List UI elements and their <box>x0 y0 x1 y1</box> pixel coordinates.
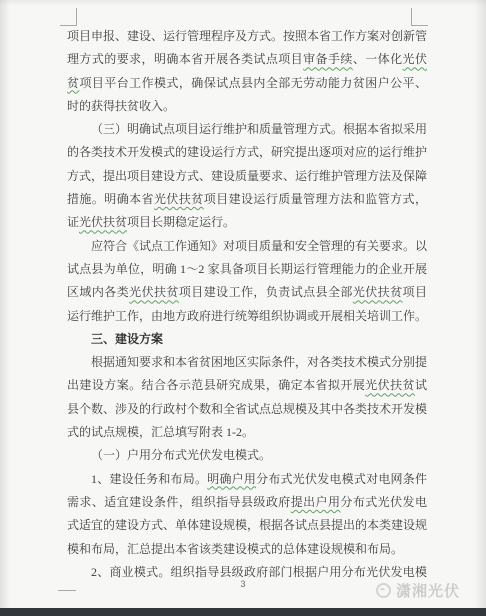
grammar-flagged-text: 光伏扶贫 <box>79 215 127 229</box>
text-segment: 区域内各类 <box>67 285 129 299</box>
grammar-flagged-text: 光伏扶贫 <box>365 378 415 392</box>
watermark-logo-icon <box>376 583 391 598</box>
document-line: 区域内各类光伏扶贫项目建设工作，负责试点县全部光伏扶贫项目的 <box>67 281 427 304</box>
document-line: （三）明确试点项目运行维护和质量管理方式。根据本省拟采用 <box>67 118 427 141</box>
text-segment: 2、商业模式。组织指导县级政府部门根据户用分布光伏发电模 <box>91 565 427 579</box>
document-line: 证光伏扶贫项目长期稳定运行。 <box>67 211 427 234</box>
document-line: 时的获得扶贫收入。 <box>67 95 427 118</box>
document-line: 措施。明确本省光伏扶贫项目建设运行质量管理方法和监管方式，保 <box>67 188 427 211</box>
text-segment: 县个数、涉及的行政村个数和全省试点总规模及其中各类技术开发模 <box>67 402 427 416</box>
document-line: 需求、适宜建设条件，组织指导县级政府提出户用分布式光伏发电模 <box>67 491 427 514</box>
text-segment: （一）户用分布式光伏发电模式。 <box>91 448 271 462</box>
margin-crop-mark-top-left <box>60 8 77 26</box>
text-segment: 分布式光伏发电模式对电网条件 <box>256 472 427 486</box>
watermark-label: 潇湘光伏 <box>396 580 460 601</box>
document-line: 根据通知要求和本省贫困地区实际条件，对各类技术模式分别提 <box>67 351 427 374</box>
document-line: 模和布局，汇总提出本省该类建设模式的总体建设规模和布局。 <box>67 538 427 561</box>
grammar-flagged-text: 光伏扶贫 <box>129 285 179 299</box>
document-line: 应符合《试点工作通知》对项目质量和安全管理的有关要求。以 <box>67 235 427 258</box>
text-segment: 式适宜的建设方式、单体建设规模，根据各试点县提出的本类建设规 <box>67 518 427 532</box>
text-segment: 理方式的要求，明确本省开展各类试点项目 <box>67 52 303 66</box>
document-line: 方式，提出项目建设方式、建设质量要求、运行维护管理方法及保障 <box>67 165 427 188</box>
document-line: 式的试点规模，汇总填写附表 1-2。 <box>67 421 427 444</box>
document-line: 出建设方案。结合各示范县研究成果，确定本省拟开展光伏扶贫试点 <box>67 374 427 397</box>
grammar-flagged-text: 贫 <box>67 76 79 90</box>
text-segment: 根据通知要求和本省贫困地区实际条件，对各类技术模式分别提 <box>91 355 427 369</box>
document-line: 项目申报、建设、运行管理程序及方式。按照本省工作方案对创新管 <box>67 25 427 48</box>
document-line: 运行维护工作，由地方政府进行统筹组织协调或开展相关培训工作。 <box>67 305 427 328</box>
text-segment: 1、建设任务和布局。 <box>91 472 207 486</box>
text-segment: （三）明确试点项目运行维护和质量管理方式。根据本省拟采用 <box>91 122 427 136</box>
margin-crop-mark-bottom-left <box>58 590 76 591</box>
section-heading-line: 三、建设方案 <box>67 328 427 351</box>
text-segment: 试点县为单位，明确 1～2 家具备项目长期运行管理能力的企业开展 <box>67 262 427 276</box>
document-line: （一）户用分布式光伏发电模式。 <box>67 444 427 467</box>
text-segment: 、一体化 <box>353 52 403 66</box>
document-line: 贫项目平台工作模式，确保试点县内全部无劳动能力贫困户公平、及 <box>67 72 427 95</box>
grammar-flagged-text: 光伏扶贫 <box>154 192 204 206</box>
text-segment: 运行维护工作，由地方政府进行统筹组织协调或开展相关培训工作。 <box>67 309 427 323</box>
grammar-flagged-text: 明确户用 <box>207 472 256 486</box>
watermark: 潇湘光伏 <box>376 580 460 601</box>
document-line: 县个数、涉及的行政村个数和全省试点总规模及其中各类技术开发模 <box>67 398 427 421</box>
grammar-flagged-text: 提出户用 <box>291 495 341 509</box>
text-segment: 证 <box>67 215 79 229</box>
text-segment: 三、建设方案 <box>91 332 163 346</box>
text-segment: 的各类技术开发模式的建设运行方式，研究提出逐项对应的运行维护 <box>67 145 427 159</box>
document-line: 理方式的要求，明确本省开展各类试点项目审备手续、一体化光伏扶 <box>67 48 427 71</box>
grammar-flagged-text: 光伏扶贫 <box>353 285 403 299</box>
text-segment: 应符合《试点工作通知》对项目质量和安全管理的有关要求。以 <box>91 239 427 253</box>
text-block: 项目申报、建设、运行管理程序及方式。按照本省工作方案对创新管理方式的要求，明确本… <box>67 25 427 584</box>
text-segment: 项目申报、建设、运行管理程序及方式。按照本省工作方案对创新管 <box>67 29 427 43</box>
text-segment: 项目平台工作模式，确保试点县内全部无劳动能力贫困户公平、及 <box>67 76 427 95</box>
document-line: 式适宜的建设方式、单体建设规模，根据各试点县提出的本类建设规 <box>67 514 427 537</box>
text-segment: 模和布局，汇总提出本省该类建设模式的总体建设规模和布局。 <box>67 542 403 556</box>
text-segment: 需求、适宜建设条件，组织指导县级政府 <box>67 495 291 509</box>
text-segment: 措施。明确本省 <box>67 192 154 206</box>
document-line: 1、建设任务和布局。明确户用分布式光伏发电模式对电网条件 <box>67 468 427 491</box>
text-segment: 出建设方案。结合各示范县研究成果，确定本省拟开展 <box>67 378 365 392</box>
text-segment: 项目建设工作，负责试点县全部 <box>179 285 353 299</box>
margin-crop-mark-top-right <box>411 8 428 26</box>
text-segment: 式的试点规模，汇总填写附表 1-2。 <box>67 425 254 439</box>
document-line: 的各类技术开发模式的建设运行方式，研究提出逐项对应的运行维护 <box>67 141 427 164</box>
text-segment: 时的获得扶贫收入。 <box>67 99 175 113</box>
grammar-flagged-text: 审备手续 <box>303 52 353 66</box>
photo-bottom-edge <box>0 608 486 616</box>
text-segment: 方式，提出项目建设方式、建设质量要求、运行维护管理方法及保障 <box>67 169 427 183</box>
document-line: 试点县为单位，明确 1～2 家具备项目长期运行管理能力的企业开展 <box>67 258 427 281</box>
text-segment: 项目长期稳定运行。 <box>127 215 235 229</box>
document-page-photo: 项目申报、建设、运行管理程序及方式。按照本省工作方案对创新管理方式的要求，明确本… <box>0 0 486 616</box>
